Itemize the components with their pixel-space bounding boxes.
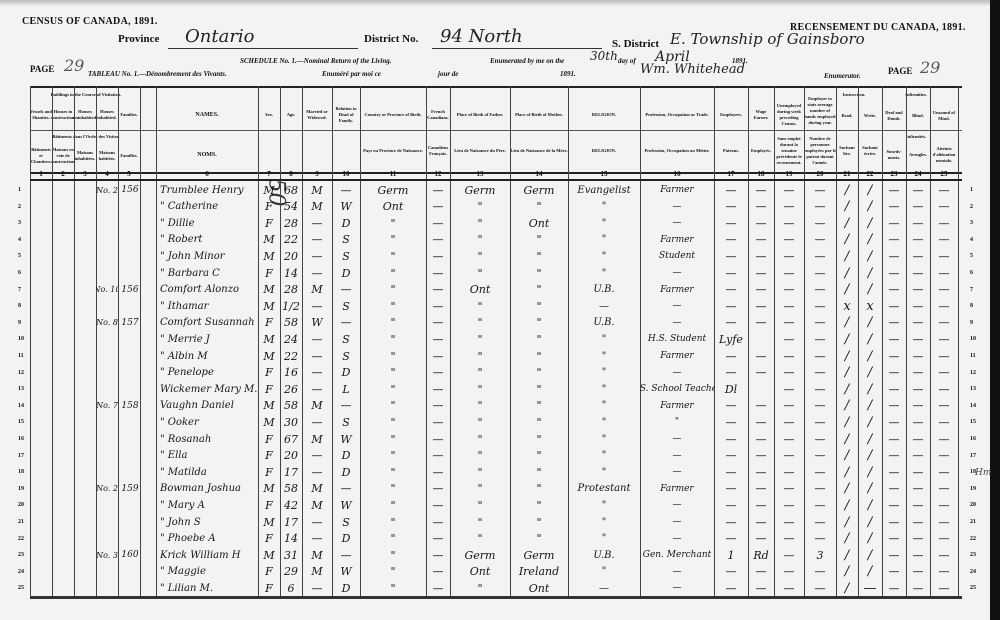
blind: — (906, 448, 930, 464)
employer: — (714, 348, 748, 364)
occupation: Farmer (640, 182, 714, 198)
enumerated-label-french: Enuméré par moi ce (322, 70, 381, 78)
age: 31 (280, 547, 302, 563)
french-canadian: — (426, 580, 450, 596)
wage-earner: — (748, 514, 774, 530)
age: 6 (280, 580, 302, 596)
col-header-12-fr: Canadiens Français. (426, 134, 450, 168)
unemployed: — (774, 381, 804, 397)
scan-right-edge (990, 0, 1000, 620)
person-name: " Lilian M. (160, 580, 258, 596)
father-birthplace: Germ (450, 547, 510, 563)
row-number-left: 24 (18, 569, 24, 575)
wage-earner: — (748, 315, 774, 331)
enumerator-label: Enumerator. (824, 72, 861, 80)
can-read: / (836, 414, 858, 430)
row-number-right: 25 (970, 585, 976, 591)
mother-birthplace: " (510, 199, 568, 215)
col-header-23-fr: Sourds-muets. (882, 142, 906, 168)
person-name: " Ooker (160, 414, 258, 430)
house-number (96, 265, 118, 281)
wage-earner: — (748, 431, 774, 447)
mother-birthplace: " (510, 265, 568, 281)
col-number-24: 24 (906, 170, 930, 178)
can-write: / (858, 514, 882, 530)
col-number-19: 19 (774, 170, 804, 178)
father-birthplace: " (450, 448, 510, 464)
person-name: " Ithamar (160, 298, 258, 314)
can-write: / (858, 497, 882, 513)
birthplace: " (360, 315, 426, 331)
family-number (118, 248, 142, 264)
col-header-15: RELIGION. (568, 100, 640, 130)
father-birthplace: " (450, 481, 510, 497)
employer: — (714, 580, 748, 596)
row-number-left: 5 (18, 253, 21, 259)
can-write: / (858, 547, 882, 563)
row-number-left: 9 (18, 320, 21, 326)
religion: " (568, 215, 640, 231)
relation: W (332, 199, 360, 215)
unsound-mind: — (930, 398, 958, 414)
house-number (96, 580, 118, 596)
row-number-left: 25 (18, 585, 24, 591)
religion: " (568, 448, 640, 464)
wage-earner: — (748, 182, 774, 198)
unsound-mind: — (930, 265, 958, 281)
row-number-right: 1 (970, 187, 973, 193)
father-birthplace: " (450, 232, 510, 248)
unsound-mind: — (930, 481, 958, 497)
marital-status: — (302, 448, 332, 464)
can-read: / (836, 531, 858, 547)
employer: — (714, 315, 748, 331)
age: 67 (280, 431, 302, 447)
wage-earner: — (748, 481, 774, 497)
wage-earner: — (748, 414, 774, 430)
employer: — (714, 248, 748, 264)
deaf-dumb: — (882, 265, 906, 281)
birthplace: " (360, 398, 426, 414)
french-canadian: — (426, 514, 450, 530)
age: 20 (280, 248, 302, 264)
marital-status: — (302, 464, 332, 480)
marital-status: M (302, 398, 332, 414)
relation: D (332, 448, 360, 464)
unemployed: — (774, 199, 804, 215)
wage-earner: — (748, 398, 774, 414)
col-number-8: 8 (280, 170, 302, 178)
enumeration-day: 30th (590, 49, 618, 63)
col-header-20-fr: Nombre de personnes employées par le pat… (804, 134, 836, 168)
mother-birthplace: " (510, 298, 568, 314)
relation: S (332, 514, 360, 530)
blind: — (906, 182, 930, 198)
blind: — (906, 497, 930, 513)
table-row: 12 " Penelope F 16 — D " — " " " — — — —… (30, 365, 962, 382)
family-number (118, 298, 142, 314)
row-number-right: 13 (970, 386, 976, 392)
unemployed: — (774, 431, 804, 447)
can-read: / (836, 497, 858, 513)
blind: — (906, 215, 930, 231)
row-number-right: 12 (970, 370, 976, 376)
relation: — (332, 182, 360, 198)
french-canadian: — (426, 497, 450, 513)
person-name: " Catherine (160, 199, 258, 215)
house-number (96, 464, 118, 480)
col-header-22: Write. (858, 102, 882, 130)
birthplace: Germ (360, 182, 426, 198)
family-number (118, 497, 142, 513)
religion: Evangelist (568, 182, 640, 198)
sex: F (258, 431, 280, 447)
french-canadian: — (426, 265, 450, 281)
sex: M (258, 348, 280, 364)
birthplace: " (360, 282, 426, 298)
unsound-mind: — (930, 414, 958, 430)
marital-status: M (302, 282, 332, 298)
mother-birthplace: " (510, 514, 568, 530)
table-row: 9 No. 8 157 Comfort Susannah F 58 W — " … (30, 315, 962, 332)
table-row: 23 No. 3 160 Krick William H M 31 M — " … (30, 547, 962, 564)
age: 42 (280, 497, 302, 513)
can-read: / (836, 215, 858, 231)
col-header-14-fr: Lieu de Naissance de la Mère. (510, 134, 568, 168)
house-number (96, 348, 118, 364)
sex: F (258, 564, 280, 580)
occupation: — (640, 564, 714, 580)
hands-employed: — (804, 481, 836, 497)
occupation: — (640, 315, 714, 331)
french-canadian: — (426, 298, 450, 314)
unsound-mind: — (930, 182, 958, 198)
unsound-mind: — (930, 199, 958, 215)
can-write: / (858, 564, 882, 580)
can-read: / (836, 448, 858, 464)
occupation: — (640, 497, 714, 513)
employer: — (714, 514, 748, 530)
relation: — (332, 315, 360, 331)
occupation: Farmer (640, 348, 714, 364)
col-number-7: 7 (258, 170, 280, 178)
col-number-16: 16 (640, 170, 714, 178)
col-header-14: Place of Birth of Mother. (510, 100, 568, 130)
mother-birthplace: Germ (510, 547, 568, 563)
house-number: No. 2 (96, 182, 118, 198)
house-number (96, 365, 118, 381)
father-birthplace: " (450, 248, 510, 264)
table-row: 19 No. 2 159 Bowman Joshua M 58 M — " — … (30, 481, 962, 498)
house-number (96, 298, 118, 314)
scan-top-edge (0, 0, 1000, 6)
employer: — (714, 398, 748, 414)
can-write: / (858, 398, 882, 414)
table-row: 16 " Rosanah F 67 M W " — " " " — — — — … (30, 431, 962, 448)
religion: " (568, 265, 640, 281)
deaf-dumb: — (882, 448, 906, 464)
employer: — (714, 199, 748, 215)
unemployed: — (774, 182, 804, 198)
age: 1/2 (280, 298, 302, 314)
sex: F (258, 464, 280, 480)
employer: — (714, 464, 748, 480)
religion: " (568, 431, 640, 447)
col-header-names: NAMES. (162, 102, 252, 128)
unemployed: — (774, 365, 804, 381)
person-name: " Albin M (160, 348, 258, 364)
blind: — (906, 248, 930, 264)
deaf-dumb: — (882, 531, 906, 547)
person-name: Bowman Joshua (160, 481, 258, 497)
sex: M (258, 414, 280, 430)
family-number (118, 448, 142, 464)
sex: F (258, 580, 280, 596)
sex: F (258, 265, 280, 281)
employer: — (714, 431, 748, 447)
family-number (118, 215, 142, 231)
mother-birthplace: Ont (510, 215, 568, 231)
father-birthplace: " (450, 464, 510, 480)
birthplace: " (360, 248, 426, 264)
occupation: — (640, 215, 714, 231)
family-number (118, 331, 142, 347)
wage-earner: — (748, 365, 774, 381)
religion: Protestant (568, 481, 640, 497)
row-number-right: 9 (970, 320, 973, 326)
row-number-left: 13 (18, 386, 24, 392)
religion: " (568, 331, 640, 347)
age: 68 (280, 182, 302, 198)
relation: — (332, 282, 360, 298)
unemployed: — (774, 580, 804, 596)
person-name: " Ella (160, 448, 258, 464)
table-row: 2 " Catherine F 54 M W Ont — " " " — — —… (30, 199, 962, 216)
father-birthplace: " (450, 580, 510, 596)
col-number-23: 23 (882, 170, 906, 178)
deaf-dumb: — (882, 315, 906, 331)
can-read: / (836, 182, 858, 198)
mother-birthplace: " (510, 497, 568, 513)
marital-status: M (302, 199, 332, 215)
district-label: District No. (364, 33, 418, 45)
birthplace: " (360, 414, 426, 430)
house-number (96, 564, 118, 580)
blind: — (906, 298, 930, 314)
schedule-title-french: TABLEAU No. 1.—Dénombrement des Vivants. (88, 70, 227, 78)
father-birthplace: " (450, 331, 510, 347)
french-canadian: — (426, 414, 450, 430)
col-header-10: Relation to Head of Family. (332, 100, 360, 130)
table-row: 4 " Robert M 22 — S " — " " " Farmer — —… (30, 232, 962, 249)
hands-employed: — (804, 331, 836, 347)
person-name: " John Minor (160, 248, 258, 264)
blind: — (906, 381, 930, 397)
can-read: / (836, 365, 858, 381)
unemployed: — (774, 248, 804, 264)
marital-status: W (302, 315, 332, 331)
can-write: / (858, 481, 882, 497)
unemployed: — (774, 547, 804, 563)
deaf-dumb: — (882, 348, 906, 364)
deaf-dumb: — (882, 282, 906, 298)
mother-birthplace: " (510, 531, 568, 547)
family-number: 158 (118, 398, 142, 414)
family-number (118, 431, 142, 447)
blind: — (906, 331, 930, 347)
french-canadian: — (426, 199, 450, 215)
sex: F (258, 497, 280, 513)
father-birthplace: " (450, 381, 510, 397)
occupation: — (640, 464, 714, 480)
blind: — (906, 464, 930, 480)
mother-birthplace: " (510, 282, 568, 298)
religion: " (568, 464, 640, 480)
deaf-dumb: — (882, 365, 906, 381)
house-number (96, 531, 118, 547)
person-name: Wickemer Mary M. (160, 381, 258, 397)
unsound-mind: — (930, 514, 958, 530)
marital-status: M (302, 497, 332, 513)
year-label-french: 1891. (560, 70, 576, 78)
mother-birthplace: Ireland (510, 564, 568, 580)
relation: S (332, 232, 360, 248)
age: 28 (280, 282, 302, 298)
deaf-dumb: — (882, 481, 906, 497)
age: 16 (280, 365, 302, 381)
row-number-right: 19 (970, 486, 976, 492)
french-canadian: — (426, 464, 450, 480)
birthplace: " (360, 481, 426, 497)
father-birthplace: Ont (450, 282, 510, 298)
unsound-mind: — (930, 448, 958, 464)
can-read: / (836, 232, 858, 248)
hands-employed: — (804, 232, 836, 248)
birthplace: " (360, 564, 426, 580)
father-birthplace: " (450, 348, 510, 364)
deaf-dumb: — (882, 514, 906, 530)
sex: M (258, 248, 280, 264)
person-name: " Mary A (160, 497, 258, 513)
father-birthplace: " (450, 199, 510, 215)
unemployed: — (774, 232, 804, 248)
can-read: / (836, 398, 858, 414)
deaf-dumb: — (882, 564, 906, 580)
col-number-9: 9 (302, 170, 332, 178)
row-number-left: 7 (18, 287, 21, 293)
unemployed: — (774, 315, 804, 331)
wage-earner: — (748, 564, 774, 580)
table-row: 18 " Matilda F 17 — D " — " " " — — — — … (30, 464, 962, 481)
relation: S (332, 248, 360, 264)
unsound-mind: — (930, 365, 958, 381)
margin-note: Hm (975, 468, 991, 478)
table-bottom-rule (30, 596, 962, 599)
birthplace: " (360, 331, 426, 347)
hands-employed: — (804, 514, 836, 530)
col-header-1: Vessels and Shanties. (30, 100, 52, 130)
wage-earner: — (748, 298, 774, 314)
wage-earner: — (748, 282, 774, 298)
col-header-20: Employer to state average number of hand… (804, 92, 836, 130)
religion: " (568, 199, 640, 215)
wage-earner: — (748, 199, 774, 215)
can-read: / (836, 315, 858, 331)
row-number-right: 23 (970, 552, 976, 558)
house-number (96, 414, 118, 430)
employer: — (714, 497, 748, 513)
house-number (96, 497, 118, 513)
hands-employed: — (804, 414, 836, 430)
occupation: H.S. Student (640, 331, 714, 347)
table-row: 24 " Maggie F 29 M W " — Ont Ireland " —… (30, 564, 962, 581)
house-number: No. 10 (96, 282, 118, 298)
col-header-13: Place of Birth of Father. (450, 100, 510, 130)
sex: F (258, 381, 280, 397)
hands-employed: — (804, 282, 836, 298)
occupation: Farmer (640, 282, 714, 298)
birthplace: " (360, 215, 426, 231)
hands-employed: — (804, 182, 836, 198)
row-number-left: 8 (18, 303, 21, 309)
row-number-right: 2 (970, 204, 973, 210)
house-number: No. 8 (96, 315, 118, 331)
occupation: — (640, 514, 714, 530)
unemployed: — (774, 414, 804, 430)
age: 20 (280, 448, 302, 464)
relation: W (332, 497, 360, 513)
can-read: / (836, 248, 858, 264)
father-birthplace: " (450, 431, 510, 447)
hands-employed: — (804, 315, 836, 331)
can-write: / (858, 265, 882, 281)
census-title-english: CENSUS OF CANADA, 1891. (22, 16, 158, 27)
unemployed: — (774, 348, 804, 364)
religion: " (568, 398, 640, 414)
family-number: 159 (118, 481, 142, 497)
family-number (118, 199, 142, 215)
french-canadian: — (426, 448, 450, 464)
blind: — (906, 398, 930, 414)
occupation: Farmer (640, 398, 714, 414)
employer: — (714, 365, 748, 381)
marital-status: — (302, 414, 332, 430)
mother-birthplace: " (510, 464, 568, 480)
deaf-dumb: — (882, 431, 906, 447)
col-header-16-fr: Profession, Occupation ou Métier. (640, 134, 714, 168)
relation: S (332, 331, 360, 347)
deaf-dumb: — (882, 381, 906, 397)
age: 17 (280, 514, 302, 530)
marital-status: M (302, 182, 332, 198)
col-header-4: Houses inhabited. (96, 100, 118, 130)
birthplace: " (360, 514, 426, 530)
family-number: 156 (118, 282, 142, 298)
table-row: 10 " Merrie J M 24 — S " — " " " H.S. St… (30, 331, 962, 348)
can-write: x (858, 298, 882, 314)
row-number-left: 17 (18, 453, 24, 459)
col-header-8: Age. (280, 100, 302, 130)
deaf-dumb: — (882, 497, 906, 513)
person-name: Krick William H (160, 547, 258, 563)
table-header: Buildings in the Course of Visitation. B… (30, 86, 962, 174)
religion: " (568, 497, 640, 513)
can-read: / (836, 282, 858, 298)
col-header-3-fr: Maisons inhabitées. (74, 142, 96, 170)
row-number-left: 19 (18, 486, 24, 492)
house-number (96, 248, 118, 264)
father-birthplace: " (450, 398, 510, 414)
